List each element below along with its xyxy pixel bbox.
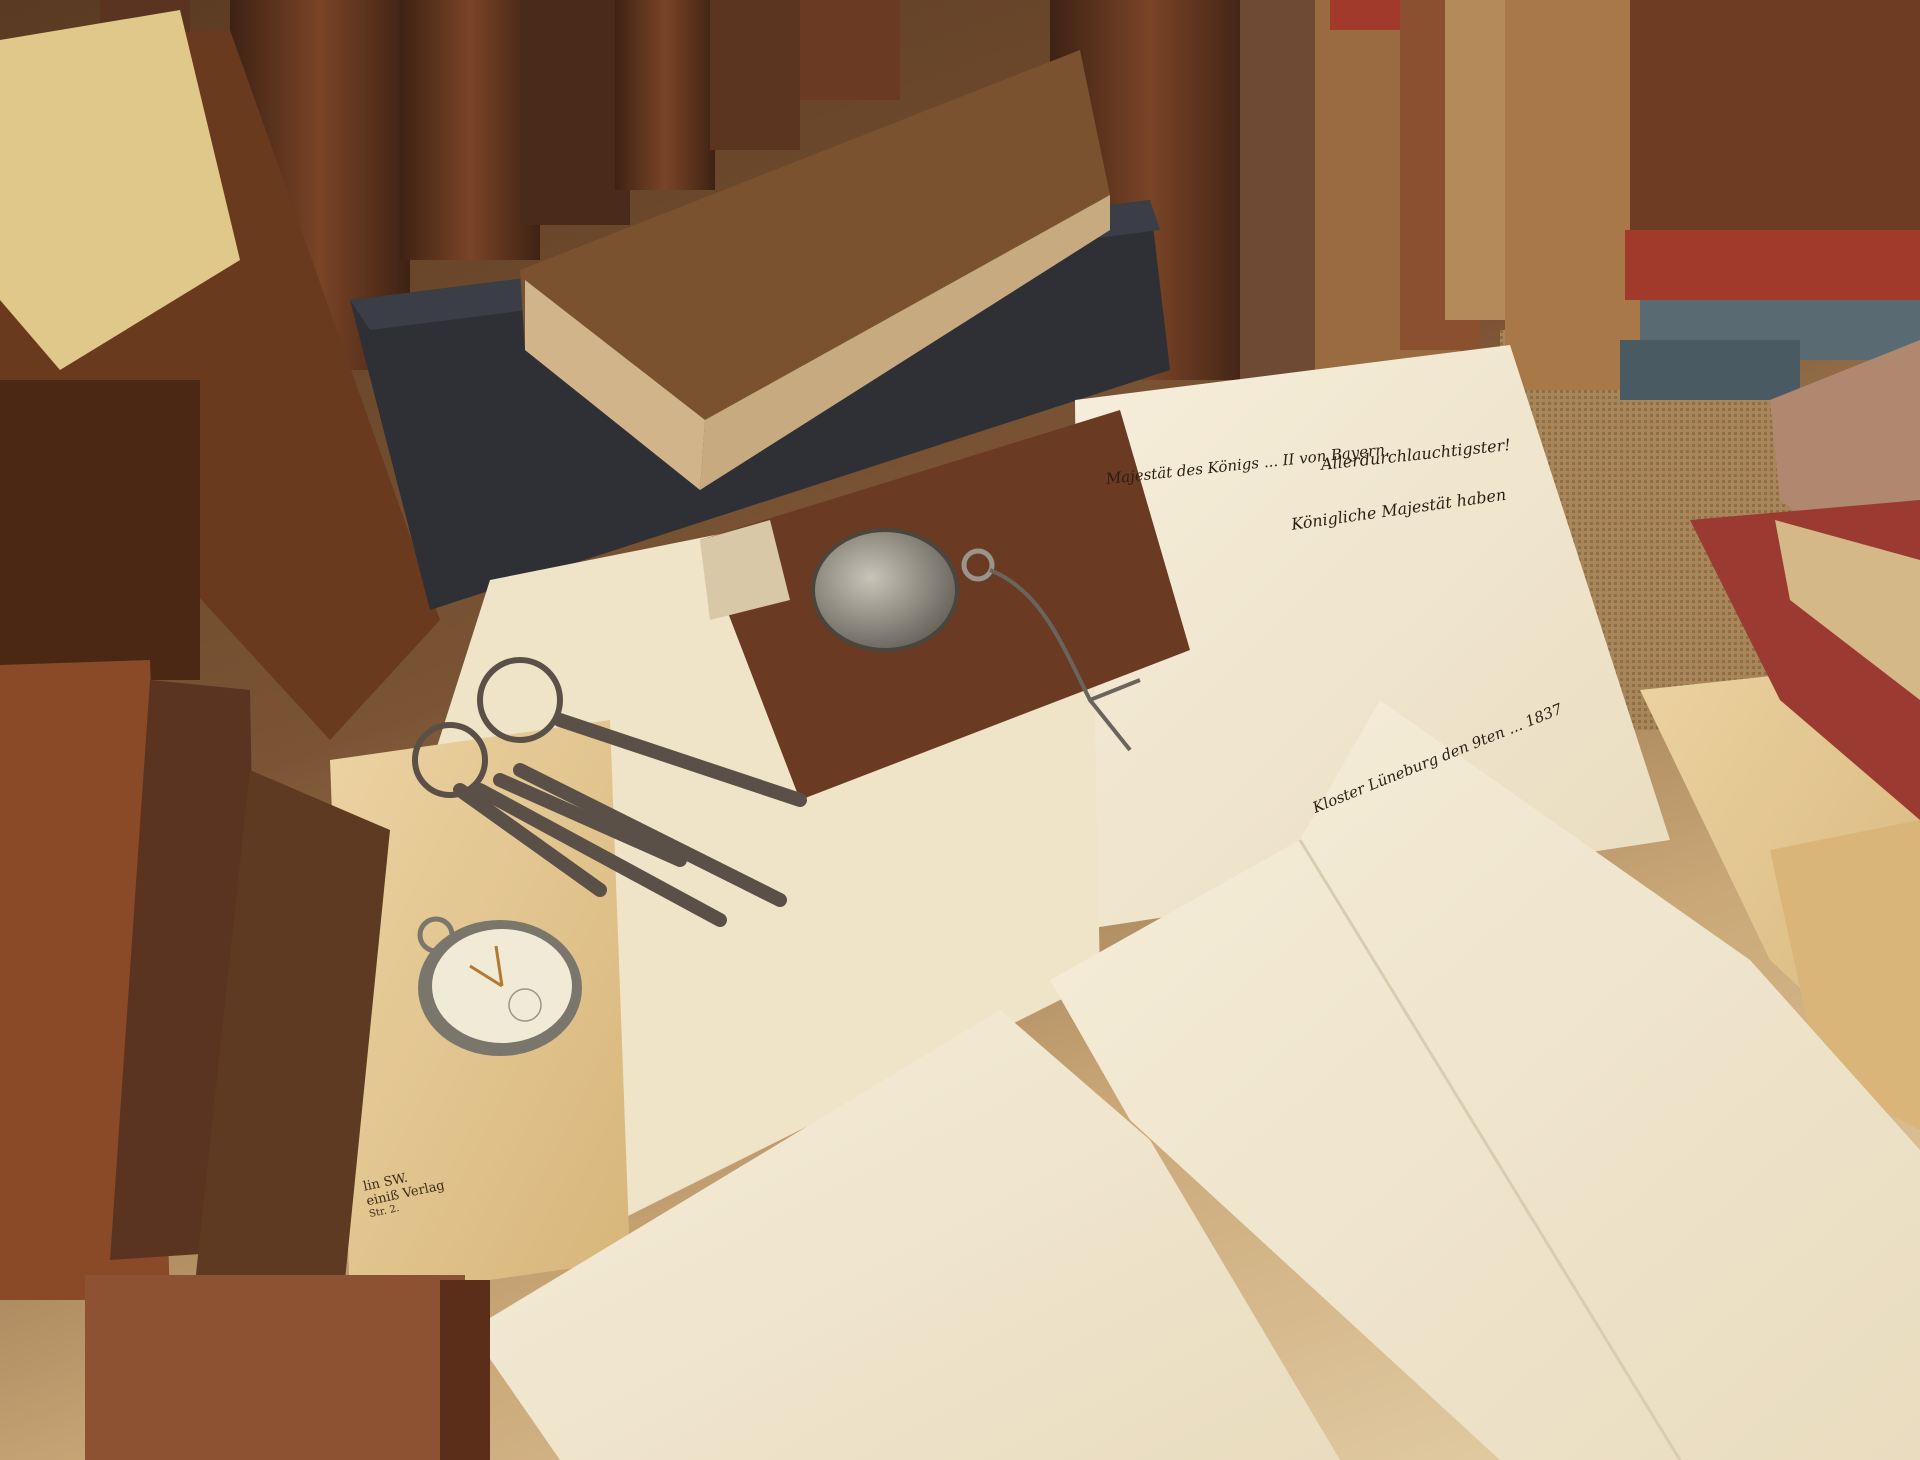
open-pocket-watch <box>418 919 582 1056</box>
scene-illustration <box>0 0 1920 1460</box>
antique-still-life-photo: lin SW. einiß Verlag Str. 2. Majestät de… <box>0 0 1920 1460</box>
